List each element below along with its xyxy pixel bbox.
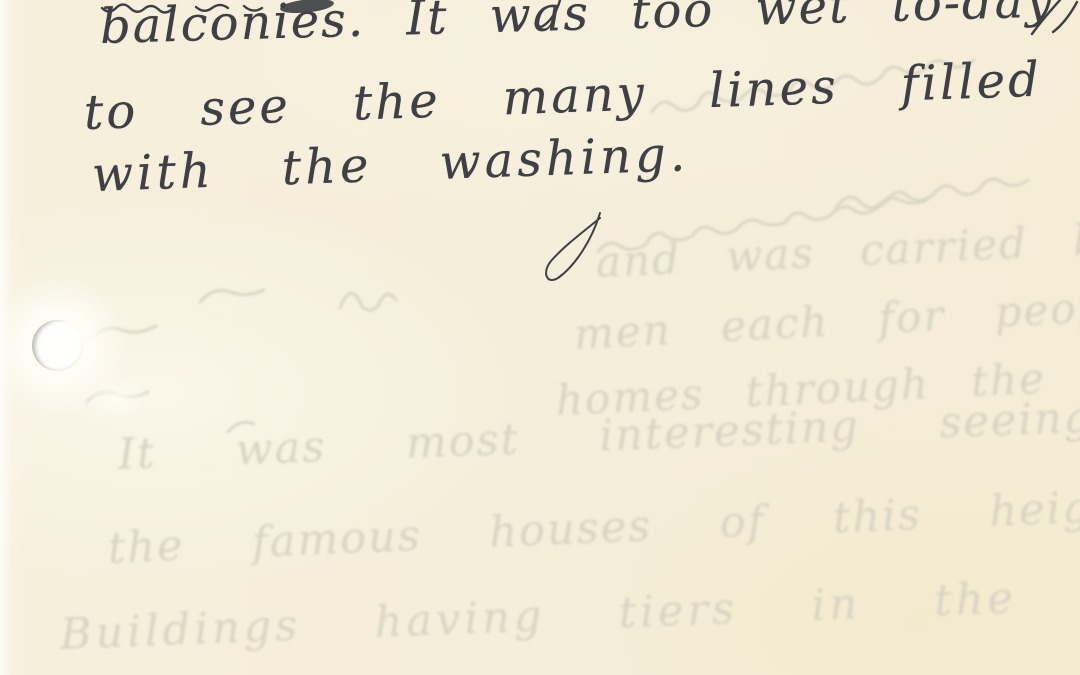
handwriting-line-1: balconies. It was too wet to-day [99, 0, 1055, 52]
scanned-letter-page: and was carried by two men each for peop… [0, 0, 1080, 675]
bleedthrough-line: men each for people to [573, 277, 1080, 358]
handwriting-line-3: with the washing. [91, 129, 690, 200]
washing-tail-flourish [546, 213, 600, 280]
bleedthrough-line: and was carried by two [595, 210, 1080, 286]
punch-hole [32, 320, 83, 371]
bleedthrough-line: Buildings having tiers in the [59, 575, 1018, 659]
bleedthrough-fragment [340, 293, 396, 310]
paper-texture-spot [86, 374, 150, 422]
bleedthrough-line: the famous houses of this height [107, 483, 1080, 574]
handwriting-line-2: to see the many lines filled [83, 55, 1042, 139]
bleedthrough-line [836, 179, 1028, 208]
bleedthrough-fragment [200, 290, 264, 302]
